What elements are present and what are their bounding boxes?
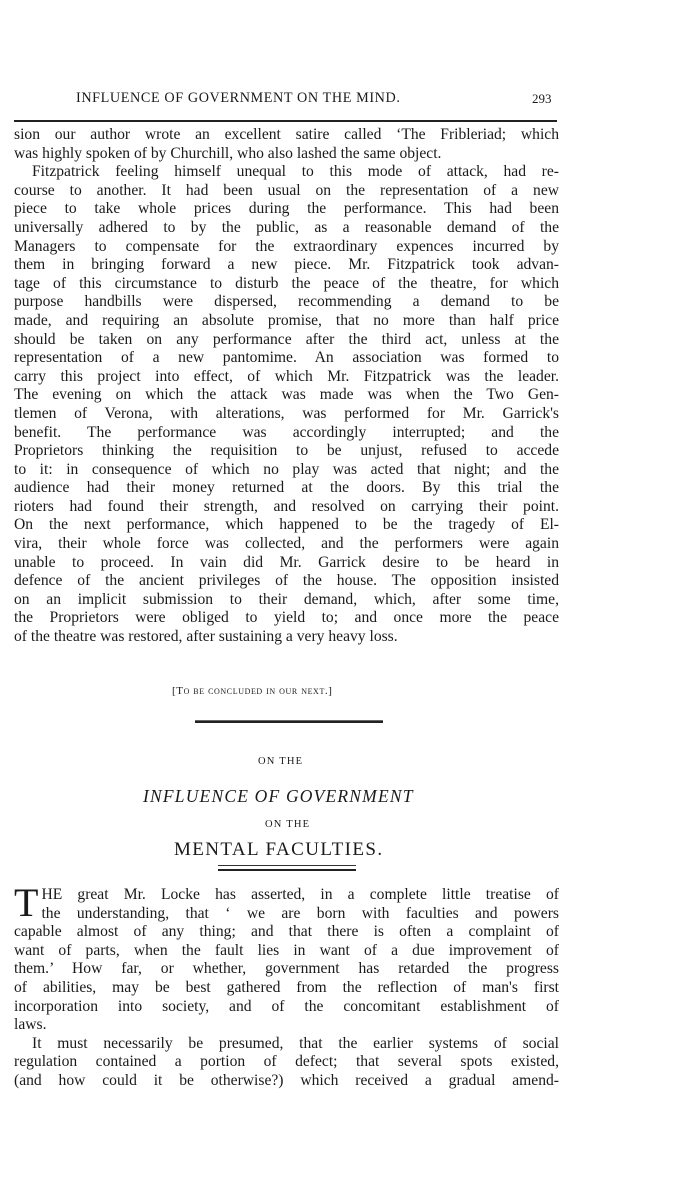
text-line: to it: in consequence of which no play w… [14, 461, 559, 480]
page-number: 293 [532, 91, 552, 107]
text-line: sion our author wrote an excellent satir… [14, 126, 559, 145]
text-line: carry this project into effect, of which… [14, 368, 559, 387]
running-head: INFLUENCE OF GOVERNMENT ON THE MIND. 293 [14, 90, 556, 112]
text-line: Proprietors thinking the requisition to … [14, 442, 559, 461]
text-line: of abilities, may be best gathered from … [14, 979, 559, 998]
text-line: course to another. It had been usual on … [14, 182, 559, 201]
text-line: universally adhered to by the public, as… [14, 219, 559, 238]
text-line: regulation contained a portion of defect… [14, 1053, 559, 1072]
text-line: incorporation into society, and of the c… [14, 998, 559, 1017]
text-line: on an implicit submission to their deman… [14, 591, 559, 610]
drop-cap: T [14, 886, 38, 922]
text-line: On the next performance, which happened … [14, 516, 559, 535]
text-line: Fitzpatrick feeling himself unequal to t… [14, 163, 559, 182]
article-2-body: T HE great Mr. Locke has asserted, in a … [14, 886, 559, 1091]
heading-on-the-2: ON THE [265, 819, 676, 830]
text-line: defence of the ancient privileges of the… [14, 572, 559, 591]
text-line: tlemen of Verona, with alterations, was … [14, 405, 559, 424]
text-line: benefit. The performance was accordingly… [14, 424, 559, 443]
text-line: laws. [14, 1016, 559, 1035]
text-line: want of parts, when the fault lies in wa… [14, 942, 559, 961]
text-line: tage of this circumstance to disturb the… [14, 275, 559, 294]
text-line: them.’ How far, or whether, government h… [14, 960, 559, 979]
text-line: unable to proceed. In vain did Mr. Garri… [14, 554, 559, 573]
section-divider [195, 720, 383, 723]
text-line: rioters had found their strength, and re… [14, 498, 559, 517]
text-line: made, and requiring an absolute promise,… [14, 312, 559, 331]
text-line: representation of a new pantomime. An as… [14, 349, 559, 368]
text-line: the Proprietors were obliged to yield to… [14, 609, 559, 628]
text-line: should be taken on any performance after… [14, 331, 559, 350]
title-divider [218, 865, 356, 871]
text-line: It must necessarily be presumed, that th… [14, 1035, 559, 1054]
text-line: vira, their whole force was collected, a… [14, 535, 559, 554]
text-line: The evening on which the attack was made… [14, 386, 559, 405]
text-line: Managers to compensate for the extraordi… [14, 238, 559, 257]
article-subtitle: MENTAL FACULTIES. [174, 839, 383, 861]
text-line: them in bringing forward a new piece. Mr… [14, 256, 559, 275]
header-rule [14, 120, 557, 122]
text-line: purpose handbills were dispersed, recomm… [14, 293, 559, 312]
running-title: INFLUENCE OF GOVERNMENT ON THE MIND. [76, 90, 401, 107]
text-line: the understanding, that ‘ we are born wi… [14, 905, 559, 924]
text-line: of the theatre was restored, after susta… [14, 628, 559, 647]
article-1-body: sion our author wrote an excellent satir… [14, 126, 559, 647]
text-line: capable almost of any thing; and that th… [14, 923, 559, 942]
text-line: piece to take whole prices during the pe… [14, 200, 559, 219]
text-line: (and how could it be otherwise?) which r… [14, 1072, 559, 1091]
text-line: audience had their money returned at the… [14, 479, 559, 498]
article-title: INFLUENCE OF GOVERNMENT [143, 786, 414, 807]
text-line: HE great Mr. Locke has asserted, in a co… [14, 886, 559, 905]
heading-on-the: ON THE [258, 756, 676, 767]
continuation-notice: [To be concluded in our next.] [172, 685, 333, 697]
text-line: was highly spoken of by Churchill, who a… [14, 145, 559, 164]
book-page: INFLUENCE OF GOVERNMENT ON THE MIND. 293… [0, 0, 676, 1194]
